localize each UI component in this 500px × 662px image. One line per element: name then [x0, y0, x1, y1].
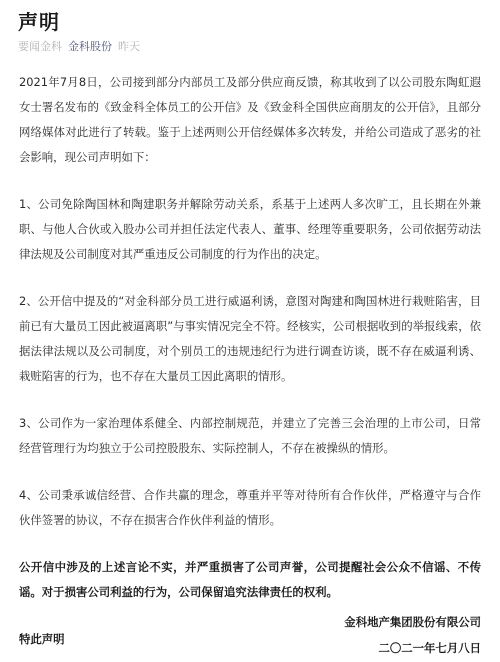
signature-date: 二〇二一年七月八日	[378, 640, 481, 656]
point-1: 1、公司免除陶国林和陶建职务并解除劳动关系，系基于上述两人多次旷工，且长期在外兼…	[19, 192, 481, 267]
conclusion-paragraph: 公开信中涉及的上述言论不实，并严重损害了公司声誉，公司提醒社会公众不信谣、不传谣…	[19, 555, 481, 605]
point-2: 2、公开信中提及的“对金科部分员工进行威逼利诱，意图对陶建和陶国林进行栽赃陷害，…	[19, 289, 481, 389]
intro-paragraph: 2021年7月8日，公司接到部分内部员工及部分供应商反馈，称其收到了以公司股东陶…	[19, 70, 481, 170]
publish-time: 昨天	[118, 40, 140, 53]
category-label[interactable]: 要闻金科	[18, 40, 62, 53]
article-body: 2021年7月8日，公司接到部分内部员工及部分供应商反馈，称其收到了以公司股东陶…	[19, 70, 481, 652]
point-3: 3、公司作为一家治理体系健全、内部控制规范，并建立了完善三会治理的上市公司，日常…	[19, 411, 481, 461]
page-title: 声明	[18, 6, 60, 35]
article-meta: 要闻金科金科股份昨天	[18, 38, 140, 54]
source-link[interactable]: 金科股份	[68, 40, 112, 53]
point-4: 4、公司秉承诚信经营、合作共赢的理念，尊重并平等对待所有合作伙伴，严格遵守与合作…	[19, 483, 481, 533]
signature-company: 金科地产集团股份有限公司	[344, 614, 481, 630]
